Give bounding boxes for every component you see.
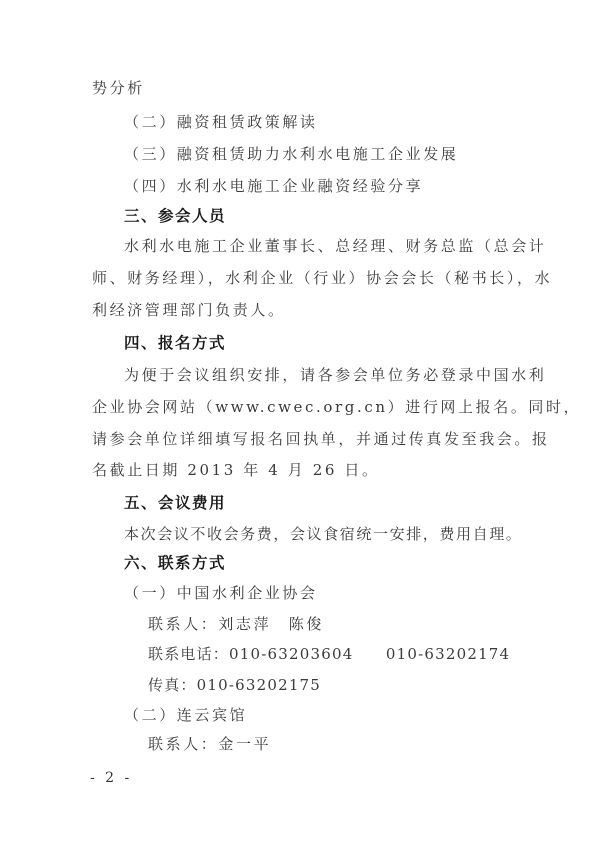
continued-text: 势分析 (92, 78, 145, 98)
registration-paragraph-line: 为便于会议组织安排，请各参会单位务必登录中国水利 (124, 365, 546, 385)
section-heading-attendees: 三、参会人员 (124, 206, 226, 226)
section-heading-contact: 六、联系方式 (124, 553, 226, 573)
agenda-item-2: （二）融资租赁政策解读 (124, 112, 318, 132)
registration-paragraph-line: 名截止日期 2013 年 4 月 26 日。 (92, 460, 380, 480)
attendees-paragraph-line: 利经济管理部门负责人。 (92, 300, 286, 320)
contact-org-2-person: 联系人：金一平 (148, 734, 271, 754)
attendees-paragraph-line: 水利水电施工企业董事长、总经理、财务总监（总会计 (124, 236, 546, 256)
section-heading-fees: 五、会议费用 (124, 493, 226, 513)
contact-org-1-person: 联系人：刘志萍 陈俊 (148, 614, 324, 634)
attendees-paragraph-line: 师、财务经理），水利企业（行业）协会会长（秘书长），水 (92, 268, 552, 288)
agenda-item-3: （三）融资租赁助力水利水电施工企业发展 (124, 144, 458, 164)
registration-paragraph-line: 请参会单位详细填写报名回执单，并通过传真发至我会。报 (92, 429, 550, 449)
page-number: - 2 - (90, 770, 132, 786)
registration-paragraph-line: 企业协会网站（www.cwec.org.cn）进行网上报名。同时， (92, 397, 581, 417)
contact-org-1-fax: 传真：010-63202175 (148, 675, 321, 695)
contact-org-2-name: （二）连云宾馆 (124, 705, 247, 725)
contact-org-1-name: （一）中国水利企业协会 (124, 583, 318, 603)
section-heading-registration: 四、报名方式 (124, 333, 226, 353)
fees-paragraph: 本次会议不收会务费，会议食宿统一安排，费用自理。 (124, 524, 522, 544)
agenda-item-4: （四）水利水电施工企业融资经验分享 (124, 176, 423, 196)
contact-org-1-phone: 联系电话：010-63203604 010-63202174 (148, 644, 510, 664)
